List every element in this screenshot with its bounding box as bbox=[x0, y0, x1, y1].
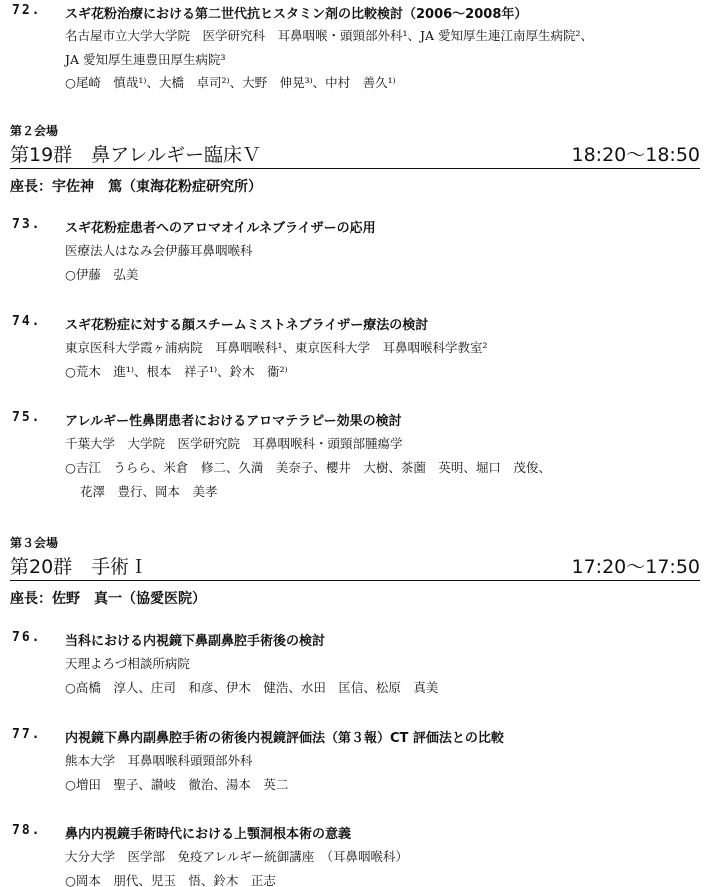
group-header: 第19群 鼻アレルギー臨床Ｖ 18:20〜18:50 bbox=[10, 142, 700, 169]
entry-title: スギ花粉治療における第二世代抗ヒスタミン剤の比較検討（2006〜2008年） bbox=[65, 3, 527, 22]
entry-authors: ○尾崎 慎哉¹⁾、大橋 卓司²⁾、大野 伸晃³⁾、中村 善久¹⁾ bbox=[65, 73, 396, 91]
entry-affiliation: 天理よろづ相談所病院 bbox=[65, 654, 190, 672]
entry-affiliation: 大分大学 医学部 免疫アレルギー統御講座 （耳鼻咽喉科） bbox=[65, 847, 408, 865]
entry-affiliation: 東京医科大学霞ヶ浦病院 耳鼻咽喉科¹、東京医科大学 耳鼻咽喉科学教室² bbox=[65, 338, 488, 356]
entry-number: 74. bbox=[12, 314, 41, 329]
entry-number: 77. bbox=[12, 727, 41, 742]
entry-affiliation-cont: JA 愛知厚生連豊田厚生病院³ bbox=[65, 50, 226, 68]
entry-authors: ○増田 聖子、讃岐 徹治、湯本 英二 bbox=[65, 775, 288, 793]
entry-authors: ○吉江 うらら、米倉 修二、久満 美奈子、櫻井 大樹、茶薗 英明、堀口 茂俊、 bbox=[65, 458, 551, 476]
entry-affiliation: 熊本大学 耳鼻咽喉科頭頸部外科 bbox=[65, 751, 253, 769]
entry-title: 当科における内視鏡下鼻副鼻腔手術後の検討 bbox=[65, 630, 325, 649]
entry-number: 78. bbox=[12, 823, 41, 838]
entry-title: 内視鏡下鼻内副鼻腔手術の術後内視鏡評価法（第３報）CT 評価法との比較 bbox=[65, 727, 504, 746]
entry-authors: ○伊藤 弘美 bbox=[65, 265, 138, 283]
entry-title: スギ花粉症に対する顔スチームミストネブライザー療法の検討 bbox=[65, 314, 428, 333]
group-title: 第20群 手術Ｉ bbox=[10, 552, 148, 579]
group-time: 17:20〜17:50 bbox=[571, 552, 700, 579]
chair-label: 座長：宇佐神 篤（東海花粉症研究所） bbox=[10, 176, 262, 196]
entry-affiliation: 千葉大学 大学院 医学研究院 耳鼻咽喉科・頭頸部腫瘍学 bbox=[65, 434, 403, 452]
entry-number: 75. bbox=[12, 410, 41, 425]
entry-number: 72. bbox=[12, 3, 41, 18]
entry-title: スギ花粉症患者へのアロマオイルネブライザーの応用 bbox=[65, 217, 376, 236]
entry-authors: ○岡本 朋代、児玉 悟、鈴木 正志 bbox=[65, 871, 276, 887]
entry-number: 76. bbox=[12, 630, 41, 645]
group-title: 第19群 鼻アレルギー臨床Ｖ bbox=[10, 140, 261, 167]
venue-label: 第２会場 bbox=[10, 122, 58, 139]
entry-affiliation: 医療法人はなみ会伊藤耳鼻咽喉科 bbox=[65, 241, 253, 259]
entry-affiliation: 名古屋市立大学大学院 医学研究科 耳鼻咽喉・頭頸部外科¹、JA 愛知厚生連江南厚… bbox=[65, 26, 593, 44]
group-header: 第20群 手術Ｉ 17:20〜17:50 bbox=[10, 554, 700, 581]
entry-title: アレルギー性鼻閉患者におけるアロマテラピー効果の検討 bbox=[65, 410, 402, 429]
entry-number: 73. bbox=[12, 217, 41, 232]
group-time: 18:20〜18:50 bbox=[571, 140, 700, 167]
entry-authors: ○荒木 進¹⁾、根本 祥子¹⁾、鈴木 衞²⁾ bbox=[65, 362, 288, 380]
entry-title: 鼻内内視鏡手術時代における上顎洞根本術の意義 bbox=[65, 823, 351, 842]
entry-authors: ○高橋 淳人、庄司 和彦、伊木 健浩、水田 匡信、松原 真美 bbox=[65, 678, 438, 696]
entry-authors-cont: 花澤 豊行、岡本 美孝 bbox=[80, 482, 218, 500]
chair-label: 座長：佐野 真一（協愛医院） bbox=[10, 588, 206, 608]
venue-label: 第３会場 bbox=[10, 534, 58, 551]
